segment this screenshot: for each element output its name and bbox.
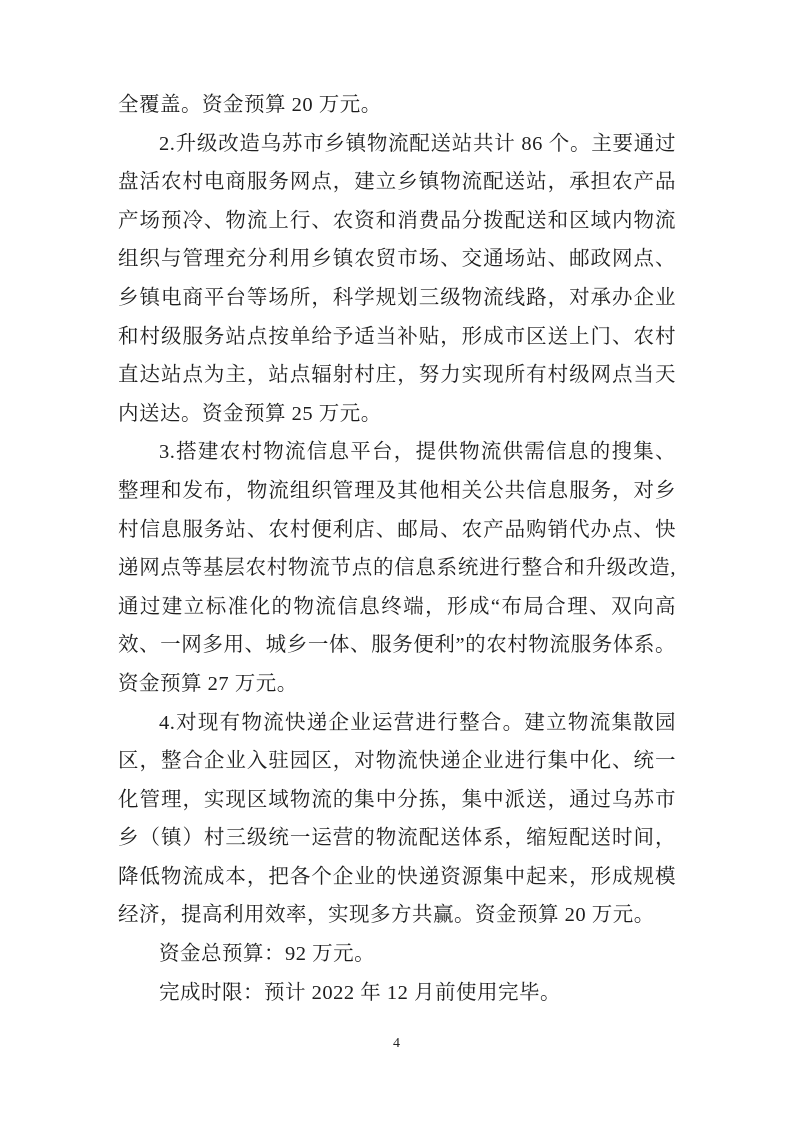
document-page: 全覆盖。资金预算 20 万元。 2.升级改造乌苏市乡镇物流配送站共计 86 个。…: [0, 0, 793, 1122]
paragraph-item-4-express-enterprise-integration: 4.对现有物流快递企业运营进行整合。建立物流集散园区，整合企业入驻园区，对物流快…: [118, 704, 676, 936]
paragraph-item-3-rural-logistics-info-platform: 3.搭建农村物流信息平台，提供物流供需信息的搜集、整理和发布，物流组织管理及其他…: [118, 433, 676, 703]
paragraph-item-2-township-delivery-stations: 2.升级改造乌苏市乡镇物流配送站共计 86 个。主要通过盘活农村电商服务网点，建…: [118, 125, 676, 434]
document-body: 全覆盖。资金预算 20 万元。 2.升级改造乌苏市乡镇物流配送站共计 86 个。…: [118, 86, 676, 1012]
paragraph-total-budget: 资金总预算：92 万元。: [118, 935, 676, 974]
paragraph-item-1-budget-continuation: 全覆盖。资金预算 20 万元。: [118, 86, 676, 125]
paragraph-completion-deadline: 完成时限：预计 2022 年 12 月前使用完毕。: [118, 974, 676, 1013]
page-number: 4: [0, 1036, 793, 1052]
